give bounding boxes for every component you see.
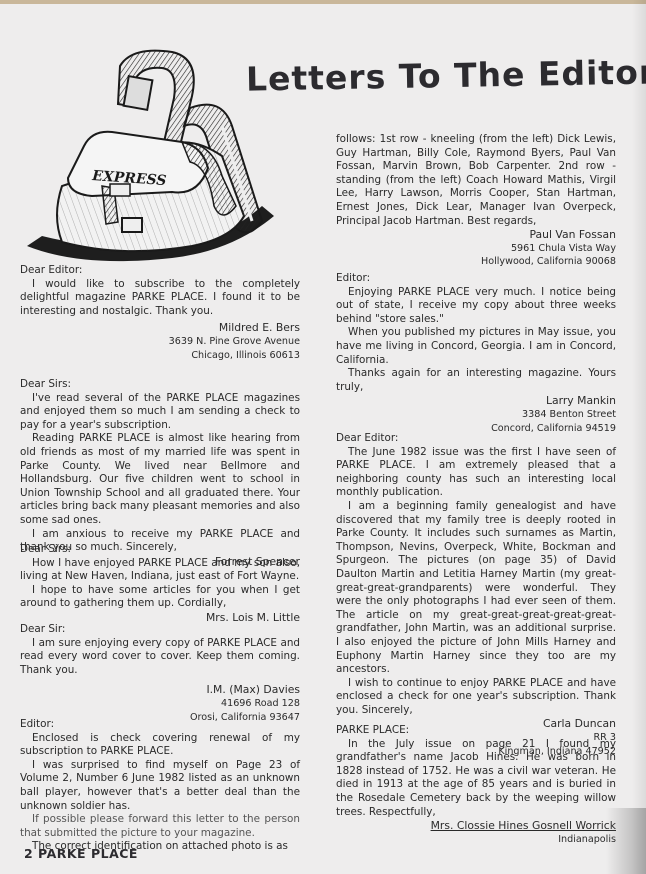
letter-paragraph: The June 1982 issue was the first I have… <box>336 446 616 500</box>
letter-signature-name: I.M. (Max) Davies <box>20 683 300 697</box>
page-gutter-shadow <box>632 0 646 874</box>
letter-bers: Dear Editor: I would like to subscribe t… <box>20 264 300 362</box>
letter-paragraph: How I have enjoyed PARKE PLACE and my so… <box>20 557 300 584</box>
letter-salutation: Dear Sirs: <box>20 378 300 392</box>
letter-paragraph: Enjoying PARKE PLACE very much. I notice… <box>336 286 616 327</box>
letter-signature-address: 3639 N. Pine Grove Avenue <box>20 335 300 349</box>
letter-paragraph: follows: 1st row - kneeling (from the le… <box>336 133 616 228</box>
letter-salutation: Dear Editor: <box>336 432 616 446</box>
letter-davies: Dear Sir: I am sure enjoying every copy … <box>20 623 300 724</box>
letter-mankin: Editor: Enjoying PARKE PLACE very much. … <box>336 272 616 435</box>
letter-signature-city: Chicago, Illinois 60613 <box>20 349 300 363</box>
letter-paragraph: Thanks again for an interesting magazine… <box>336 367 616 394</box>
letter-signature-address: 3384 Benton Street <box>336 408 616 422</box>
letter-signature-address: 41696 Road 128 <box>20 697 300 711</box>
letter-salutation: Dear Editor: <box>20 264 300 278</box>
letter-paragraph: I wish to continue to enjoy PARKE PLACE … <box>336 677 616 718</box>
letter-signature-city: Indianapolis <box>336 833 616 847</box>
letter-paragraph: I was surprised to find myself on Page 2… <box>20 759 300 813</box>
letter-paragraph: I am sure enjoying every copy of PARKE P… <box>20 637 300 678</box>
page-footer: 2 PARKE PLACE <box>24 846 138 861</box>
letter-signature-city: Hollywood, California 90068 <box>336 255 616 269</box>
letter-paragraph: I am a beginning family genealogist and … <box>336 500 616 677</box>
letter-paragraph: Reading PARKE PLACE is almost like heari… <box>20 432 300 527</box>
letter-salutation: Editor: <box>20 718 300 732</box>
letter-spencer: Dear Sirs: I've read several of the PARK… <box>20 378 300 568</box>
letter-signature-name: Larry Mankin <box>336 394 616 408</box>
page-top-edge <box>0 0 646 4</box>
letter-van-fossan-start: Editor: Enclosed is check covering renew… <box>20 718 300 854</box>
letter-salutation: Editor: <box>336 272 616 286</box>
letter-duncan: Dear Editor: The June 1982 issue was the… <box>336 432 616 758</box>
letter-signature-address: 5961 Chula Vista Way <box>336 242 616 256</box>
page-title: Letters To The Editor <box>246 52 646 98</box>
letter-paragraph: I've read several of the PARKE PLACE mag… <box>20 392 300 433</box>
letter-paragraph: If possible please forward this letter t… <box>20 813 300 840</box>
letter-signature-name: Mrs. Clossie Hines Gosnell Worrick <box>336 819 616 833</box>
letter-paragraph: I hope to have some articles for you whe… <box>20 584 300 611</box>
letter-van-fossan-continued: follows: 1st row - kneeling (from the le… <box>336 133 616 269</box>
mail-satchel-icon: EXPRESS <box>22 46 280 268</box>
letter-little: Dear Sirs: How I have enjoyed PARKE PLAC… <box>20 543 300 625</box>
letter-paragraph: In the July issue on page 21 I found my … <box>336 738 616 820</box>
letter-paragraph: I would like to subscribe to the complet… <box>20 278 300 319</box>
letter-signature-name: Paul Van Fossan <box>336 228 616 242</box>
letter-salutation: Dear Sir: <box>20 623 300 637</box>
letter-signature-name: Mildred E. Bers <box>20 321 300 335</box>
letter-salutation: Dear Sirs: <box>20 543 300 557</box>
letter-paragraph: Enclosed is check covering renewal of my… <box>20 732 300 759</box>
letter-worrick: PARKE PLACE: In the July issue on page 2… <box>336 724 616 846</box>
page-corner-shadow <box>606 808 646 874</box>
letter-salutation: PARKE PLACE: <box>336 724 616 738</box>
letter-paragraph: When you published my pictures in May is… <box>336 326 616 367</box>
